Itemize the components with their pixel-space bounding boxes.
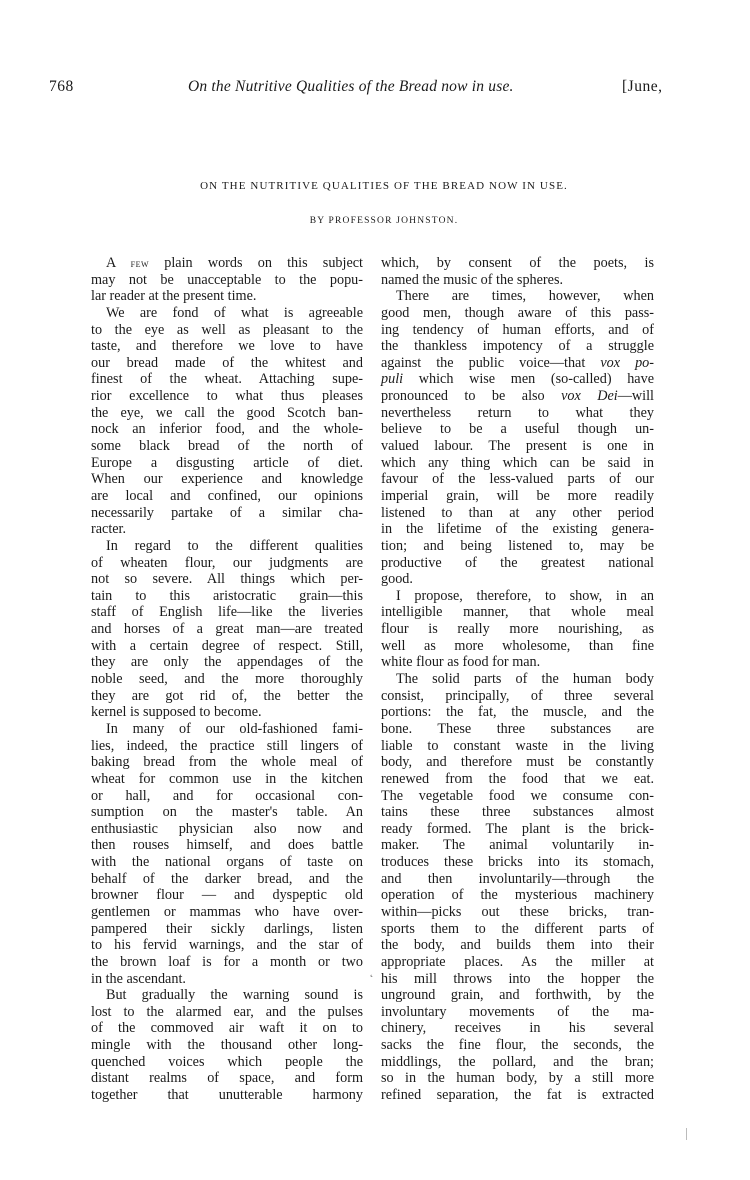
text-line: refined separation, the fat is extracted bbox=[381, 1087, 654, 1104]
text-line: kernel is supposed to become. bbox=[91, 704, 363, 721]
text-line: and then involuntarily—through the bbox=[381, 871, 654, 888]
text-line: good men, though aware of this pass- bbox=[381, 305, 654, 322]
text-line: lar reader at the present time. bbox=[91, 288, 363, 305]
text-line: listened to than at any other period bbox=[381, 505, 654, 522]
text-line: with the national organs of taste on bbox=[91, 854, 363, 871]
text-line: they are only the appendages of the bbox=[91, 654, 363, 671]
text-line: to his fervid warnings, and the star of bbox=[91, 937, 363, 954]
text-line: The solid parts of the human body bbox=[381, 671, 654, 688]
running-month: [June, bbox=[622, 78, 662, 96]
text-line: sumption on the master's table. An bbox=[91, 804, 363, 821]
text-line: bone. These three substances are bbox=[381, 721, 654, 738]
text-line: are local and confined, our opinions bbox=[91, 488, 363, 505]
text-line: rior excellence to what thus pleases bbox=[91, 388, 363, 405]
italic-run: puli bbox=[381, 371, 403, 387]
text-line: which, by consent of the poets, is bbox=[381, 255, 654, 272]
text-line: browner flour — and dyspeptic old bbox=[91, 887, 363, 904]
text-line: ing tendency of human efforts, and of bbox=[381, 322, 654, 339]
text-line: the thankless impotency of a struggle bbox=[381, 338, 654, 355]
right-column: which, by consent of the poets, isnamed … bbox=[381, 255, 654, 1104]
text-line: taste, and therefore we love to have bbox=[91, 338, 363, 355]
text-line: In regard to the different qualities bbox=[91, 538, 363, 555]
text-line: maker. The animal voluntarily in- bbox=[381, 837, 654, 854]
text-line: of the commoved air waft it on to bbox=[91, 1020, 363, 1037]
text-line: some black bread of the north of bbox=[91, 438, 363, 455]
text-line: favour of the less-valued parts of our bbox=[381, 471, 654, 488]
text-line: renewed from the food that we eat. bbox=[381, 771, 654, 788]
page-number: 768 bbox=[49, 78, 74, 96]
text-line: Europe a disgusting article of diet. bbox=[91, 455, 363, 472]
text-line: finest of the wheat. Attaching supe- bbox=[91, 371, 363, 388]
text-run: pronounced to be also bbox=[381, 388, 561, 404]
text-line: I propose, therefore, to show, in an bbox=[381, 588, 654, 605]
text-line: so in the human body, by a still more bbox=[381, 1070, 654, 1087]
text-line: staff of English life—like the liveries bbox=[91, 604, 363, 621]
text-line: of wheaten flour, our judgments are bbox=[91, 555, 363, 572]
text-line: pampered their sickly darlings, listen bbox=[91, 921, 363, 938]
scan-artifact-tick bbox=[686, 1128, 687, 1140]
text-line: tain to this aristocratic grain—this bbox=[91, 588, 363, 605]
text-line: mingle with the thousand other long- bbox=[91, 1037, 363, 1054]
italic-run: vox Dei bbox=[561, 388, 618, 404]
text-line: with a certain degree of respect. Still, bbox=[91, 638, 363, 655]
text-line: racter. bbox=[91, 521, 363, 538]
text-line: In many of our old-fashioned fami- bbox=[91, 721, 363, 738]
text-line: well as more wholesome, than fine bbox=[381, 638, 654, 655]
text-line: good. bbox=[381, 571, 654, 588]
text-line: lost to the alarmed ear, and the pulses bbox=[91, 1004, 363, 1021]
text-line: body, and therefore must be constantly bbox=[381, 754, 654, 771]
text-line: intelligible manner, that whole meal bbox=[381, 604, 654, 621]
margin-mark: ˛ bbox=[370, 967, 373, 978]
text-line: liable to constant waste in the living bbox=[381, 738, 654, 755]
text-line: consist, principally, of three several bbox=[381, 688, 654, 705]
text-line: or hall, and for occasional con- bbox=[91, 788, 363, 805]
text-line: may not be unacceptable to the popu- bbox=[91, 272, 363, 289]
text-line: noble seed, and the more thoroughly bbox=[91, 671, 363, 688]
text-line: chinery, receives in his several bbox=[381, 1020, 654, 1037]
text-line: gentlemen or mammas who have over- bbox=[91, 904, 363, 921]
text-line: named the music of the spheres. bbox=[381, 272, 654, 289]
running-title: On the Nutritive Qualities of the Bread … bbox=[188, 78, 514, 96]
text-line: which any thing which can be said in bbox=[381, 455, 654, 472]
text-line: ready formed. The plant is the brick- bbox=[381, 821, 654, 838]
text-run: which wise men (so-called) have bbox=[403, 371, 654, 387]
text-line: the brown loaf is for a month or two bbox=[91, 954, 363, 971]
text-line: in the lifetime of the existing genera- bbox=[381, 521, 654, 538]
text-line: believe to be a useful though un- bbox=[381, 421, 654, 438]
text-line: middlings, the pollard, and the bran; bbox=[381, 1054, 654, 1071]
text-line: his mill throws into the hopper the bbox=[381, 971, 654, 988]
text-line: tains these three substances almost bbox=[381, 804, 654, 821]
text-line: But gradually the warning sound is bbox=[91, 987, 363, 1004]
text-line: distant realms of space, and form bbox=[91, 1070, 363, 1087]
text-line: We are fond of what is agreeable bbox=[91, 305, 363, 322]
text-line: within—picks out these bricks, tran- bbox=[381, 904, 654, 921]
text-line: quenched voices which people the bbox=[91, 1054, 363, 1071]
text-line: the body, and builds them into their bbox=[381, 937, 654, 954]
text-line: A few plain words on this subject bbox=[91, 255, 363, 272]
text-line: involuntary movements of the ma- bbox=[381, 1004, 654, 1021]
text-line: unground grain, and forthwith, by the bbox=[381, 987, 654, 1004]
text-line: sports them to the different parts of bbox=[381, 921, 654, 938]
text-line: flour is really more nourishing, as bbox=[381, 621, 654, 638]
text-line: they are got rid of, the better the bbox=[91, 688, 363, 705]
text-line: imperial grain, will be more readily bbox=[381, 488, 654, 505]
text-line: not so severe. All things which per- bbox=[91, 571, 363, 588]
text-run: against the public voice—that bbox=[381, 355, 600, 371]
italic-run: vox po- bbox=[600, 355, 654, 371]
article-byline: BY PROFESSOR JOHNSTON. bbox=[0, 216, 750, 226]
text-line: white flour as food for man. bbox=[381, 654, 654, 671]
text-line: The vegetable food we consume con- bbox=[381, 788, 654, 805]
text-line: nock an inferior food, and the whole- bbox=[91, 421, 363, 438]
text-line: enthusiastic physician also now and bbox=[91, 821, 363, 838]
text-line: our bread made of the whitest and bbox=[91, 355, 363, 372]
text-line: nevertheless return to what they bbox=[381, 405, 654, 422]
text-line: operation of the mysterious machinery bbox=[381, 887, 654, 904]
text-line: together that unutterable harmony bbox=[91, 1087, 363, 1104]
text-line: wheat for common use in the kitchen bbox=[91, 771, 363, 788]
text-line: baking bread from the whole meal of bbox=[91, 754, 363, 771]
text-line: troduces these bricks into its stomach, bbox=[381, 854, 654, 871]
text-run: —will bbox=[618, 388, 654, 404]
small-caps-run: few bbox=[131, 256, 149, 270]
article-title: ON THE NUTRITIVE QUALITIES OF THE BREAD … bbox=[0, 180, 750, 192]
text-line: against the public voice—that vox po- bbox=[381, 355, 654, 372]
text-line: to the eye as well as pleasant to the bbox=[91, 322, 363, 339]
text-line: appropriate places. As the miller at bbox=[381, 954, 654, 971]
text-line: in the ascendant. bbox=[91, 971, 363, 988]
text-line: the eye, we call the good Scotch ban- bbox=[91, 405, 363, 422]
left-column: A few plain words on this subjectmay not… bbox=[91, 255, 363, 1104]
text-line: There are times, however, when bbox=[381, 288, 654, 305]
text-line: lies, indeed, the practice still lingers… bbox=[91, 738, 363, 755]
running-head: 768 On the Nutritive Qualities of the Br… bbox=[0, 78, 750, 102]
text-line: necessarily partake of a similar cha- bbox=[91, 505, 363, 522]
text-line: puli which wise men (so-called) have bbox=[381, 371, 654, 388]
text-run: A bbox=[106, 255, 131, 271]
text-line: tion; and being listened to, may be bbox=[381, 538, 654, 555]
text-line: then rouses himself, and does battle bbox=[91, 837, 363, 854]
text-line: When our experience and knowledge bbox=[91, 471, 363, 488]
text-line: productive of the greatest national bbox=[381, 555, 654, 572]
text-line: sacks the fine flour, the seconds, the bbox=[381, 1037, 654, 1054]
text-line: valued labour. The present is one in bbox=[381, 438, 654, 455]
text-line: portions: the fat, the muscle, and the bbox=[381, 704, 654, 721]
text-line: behalf of the darker bread, and the bbox=[91, 871, 363, 888]
text-line: pronounced to be also vox Dei—will bbox=[381, 388, 654, 405]
text-line: and horses of a great man—are treated bbox=[91, 621, 363, 638]
text-run: plain words on this subject bbox=[149, 255, 363, 271]
